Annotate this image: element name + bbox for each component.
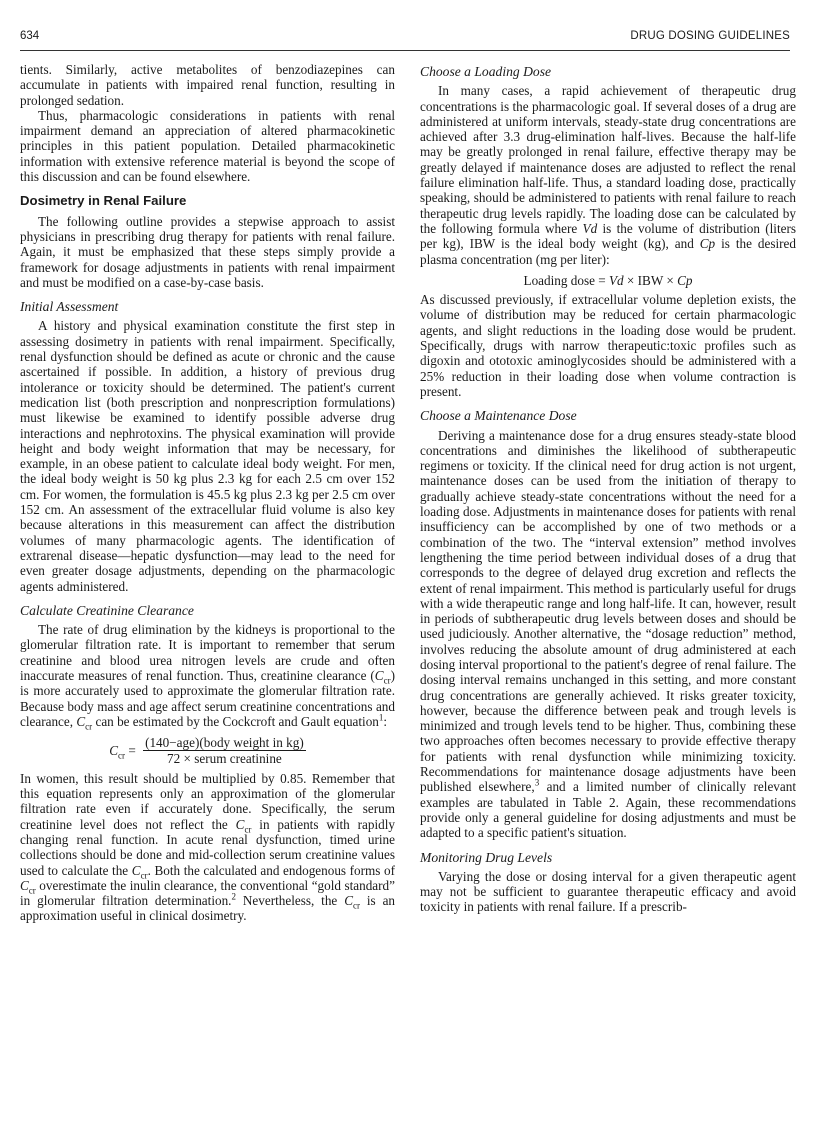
paragraph-women-adjustment: In women, this result should be multipli…	[20, 771, 395, 924]
subheading-creatinine-clearance: Calculate Creatinine Clearance	[20, 603, 395, 618]
cockcroft-gault-equation: Ccr = (140−age)(body weight in kg) 72 × …	[20, 735, 395, 767]
subheading-initial-assessment: Initial Assessment	[20, 299, 395, 314]
paragraph-creatinine-clearance: The rate of drug elimination by the kidn…	[20, 622, 395, 729]
left-column: tients. Similarly, active metabolites of…	[20, 62, 395, 924]
page-number: 634	[20, 30, 39, 42]
paragraph-volume-depletion: As discussed previously, if extracellula…	[420, 292, 796, 399]
equation-denominator: 72 × serum creatinine	[143, 751, 306, 766]
paragraph-initial-assessment: A history and physical examination const…	[20, 318, 395, 593]
paragraph-dosimetry-outline: The following outline provides a stepwis…	[20, 214, 395, 290]
loading-dose-equation: Loading dose = Vd × IBW × Cp	[420, 273, 796, 288]
paragraph-loading-dose: In many cases, a rapid achievement of th…	[420, 83, 796, 267]
running-title: DRUG DOSING GUIDELINES	[630, 30, 790, 42]
reference-1: 1	[379, 712, 384, 722]
subheading-maintenance-dose: Choose a Maintenance Dose	[420, 408, 796, 423]
subheading-monitoring-drug-levels: Monitoring Drug Levels	[420, 850, 796, 865]
paragraph-pharmacologic-considerations: Thus, pharmacologic considerations in pa…	[20, 108, 395, 184]
section-heading-dosimetry: Dosimetry in Renal Failure	[20, 193, 395, 208]
equation-numerator: (140−age)(body weight in kg)	[143, 735, 306, 751]
paragraph-monitoring-drug-levels: Varying the dose or dosing interval for …	[420, 869, 796, 915]
page-header: 634 DRUG DOSING GUIDELINES	[20, 28, 790, 51]
paragraph-intro-continued: tients. Similarly, active metabolites of…	[20, 62, 395, 108]
right-column: Choose a Loading Dose In many cases, a r…	[420, 62, 796, 915]
paragraph-maintenance-dose: Deriving a maintenance dose for a drug e…	[420, 428, 796, 841]
subheading-loading-dose: Choose a Loading Dose	[420, 64, 796, 79]
